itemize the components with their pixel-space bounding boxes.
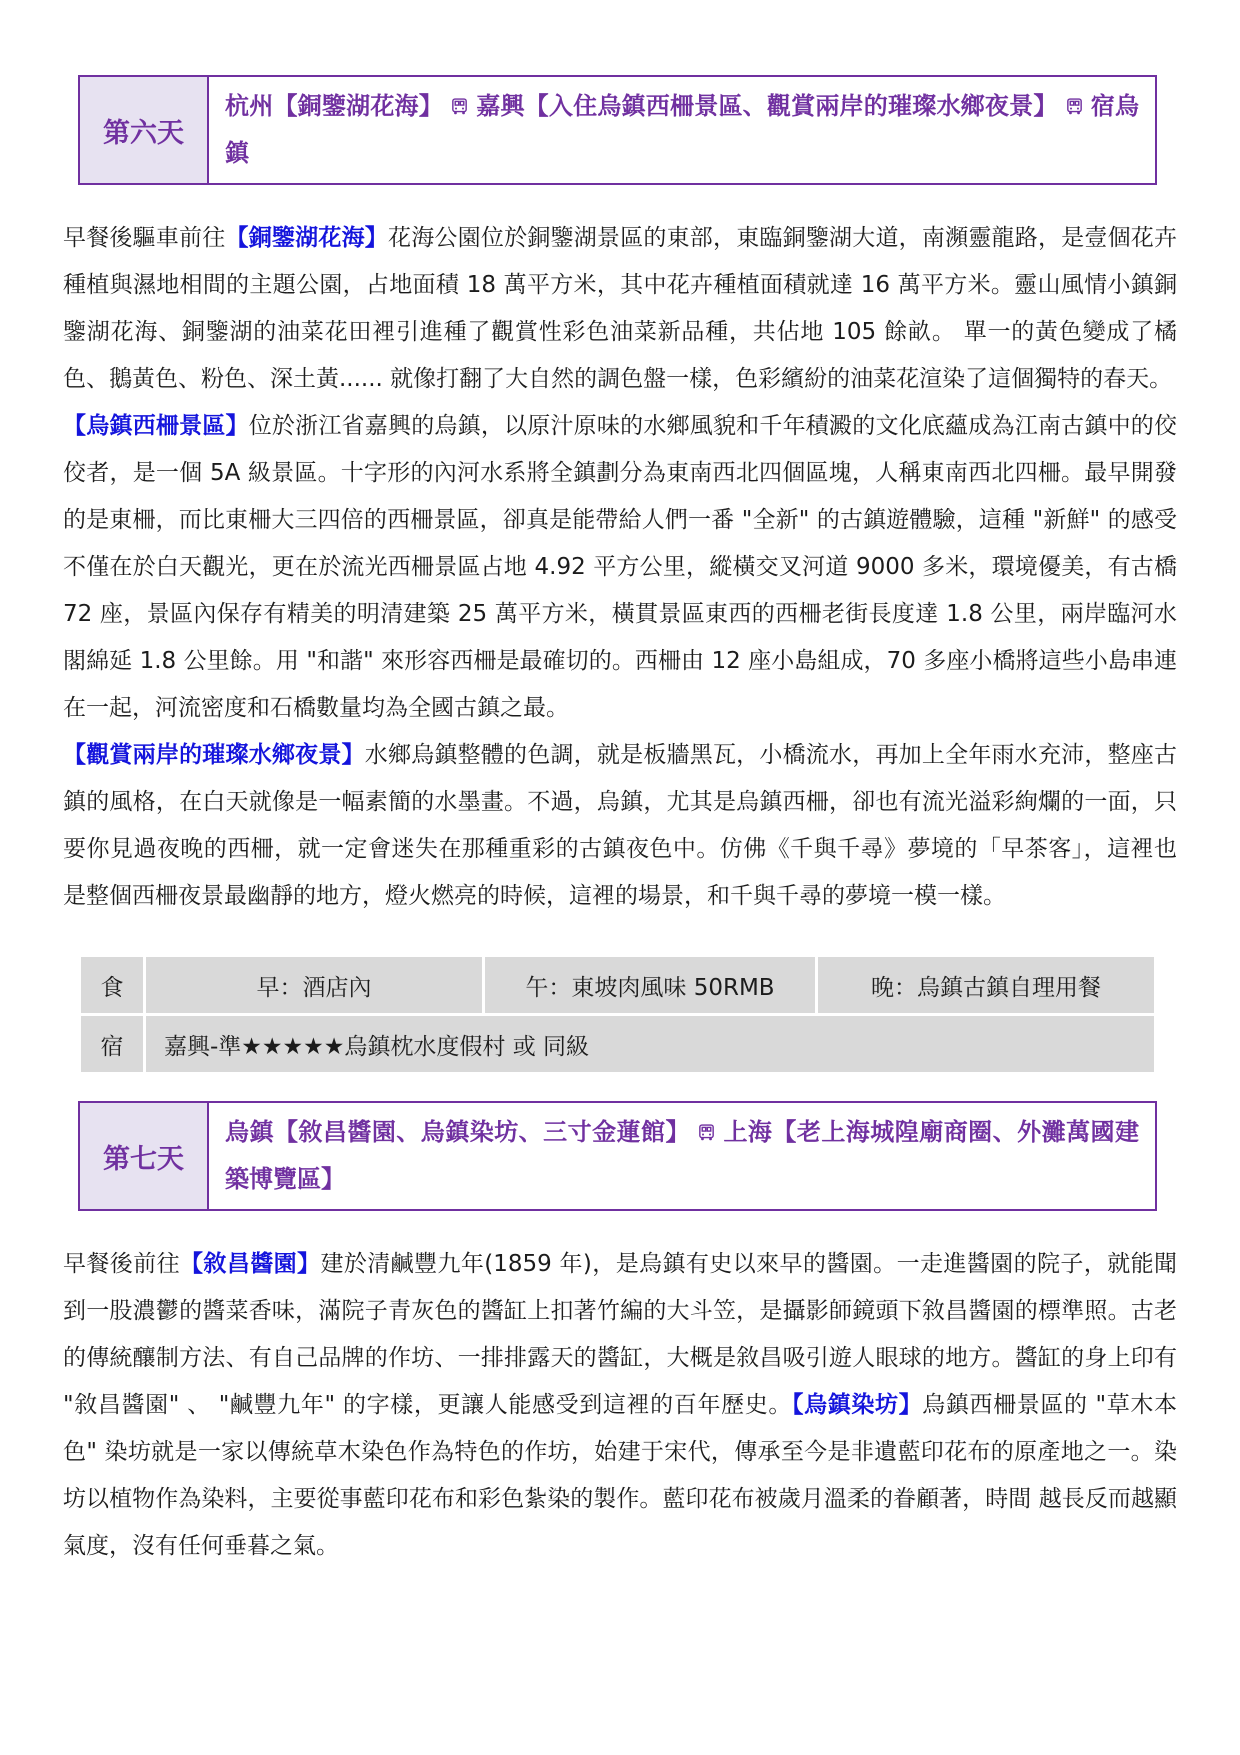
day7-title: 烏鎮【敘昌醬園、烏鎮染坊、三寸金蓮館】 上海【老上海城隍廟商圈、外灘萬國建築博覽…: [208, 1102, 1156, 1210]
text-run: 早餐後前往: [63, 1251, 180, 1277]
dinner-cell: 晚：烏鎮古鎮自理用餐: [818, 957, 1154, 1013]
bus-icon: [450, 96, 469, 117]
stay-value: 嘉興-準★★★★★烏鎮枕水度假村 或 同級: [146, 1016, 1154, 1072]
text-run: 早餐後驅車前往: [63, 225, 226, 251]
day6-label: 第六天: [79, 76, 208, 184]
day6-header-table: 第六天 杭州【銅鑒湖花海】 嘉興【入住烏鎮西柵景區、觀賞兩岸的璀璨水鄉夜景】 宿…: [78, 75, 1157, 185]
highlight-heading: 【銅鑒湖花海】: [226, 225, 389, 251]
highlight-heading: 【觀賞兩岸的璀璨水鄉夜景】: [63, 742, 365, 768]
day6-paragraph-2: 【烏鎮西柵景區】位於浙江省嘉興的烏鎮，以原汁原味的水鄉風貌和千年積澱的文化底蘊成…: [63, 403, 1177, 732]
day7-header-table: 第七天 烏鎮【敘昌醬園、烏鎮染坊、三寸金蓮館】 上海【老上海城隍廟商圈、外灘萬國…: [78, 1101, 1157, 1211]
stay-row-label: 宿: [81, 1016, 143, 1072]
bus-icon: [697, 1122, 716, 1143]
highlight-heading: 【烏鎮西柵景區】: [63, 413, 249, 439]
lunch-cell: 午：東坡肉風味 50RMB: [485, 957, 815, 1013]
text-run: 位於浙江省嘉興的烏鎮，以原汁原味的水鄉風貌和千年積澱的文化底蘊成為江南古鎮中的佼…: [63, 413, 1177, 721]
meal-row-label: 食: [81, 957, 143, 1013]
day6-paragraph-1: 早餐後驅車前往【銅鑒湖花海】花海公園位於銅鑒湖景區的東部，東臨銅鑒湖大道，南瀕靈…: [63, 215, 1177, 403]
bus-icon: [1065, 96, 1084, 117]
breakfast-cell: 早：酒店內: [146, 957, 482, 1013]
meals-row: 食 早：酒店內 午：東坡肉風味 50RMB 晚：烏鎮古鎮自理用餐: [81, 957, 1154, 1013]
day6-title: 杭州【銅鑒湖花海】 嘉興【入住烏鎮西柵景區、觀賞兩岸的璀璨水鄉夜景】 宿烏鎮: [208, 76, 1156, 184]
day6-paragraph-3: 【觀賞兩岸的璀璨水鄉夜景】水鄉烏鎮整體的色調，就是板牆黑瓦，小橋流水，再加上全年…: [63, 732, 1177, 920]
highlight-heading: 【敘昌醬園】: [180, 1251, 320, 1277]
day7-label: 第七天: [79, 1102, 208, 1210]
day7-paragraph-1: 早餐後前往【敘昌醬園】建於清鹹豐九年(1859 年)，是烏鎮有史以來早的醬園。一…: [63, 1241, 1177, 1570]
itinerary-page: 第六天 杭州【銅鑒湖花海】 嘉興【入住烏鎮西柵景區、觀賞兩岸的璀璨水鄉夜景】 宿…: [0, 0, 1240, 1755]
text-run: 烏鎮【敘昌醬園、烏鎮染坊、三寸金蓮館】: [225, 1118, 690, 1146]
highlight-heading: 【烏鎮染坊】: [792, 1392, 922, 1418]
text-run: 嘉興【入住烏鎮西柵景區、觀賞兩岸的璀璨水鄉夜景】: [476, 92, 1058, 120]
meals-table: 食 早：酒店內 午：東坡肉風味 50RMB 晚：烏鎮古鎮自理用餐 宿 嘉興-準★…: [78, 954, 1157, 1075]
text-run: 杭州【銅鑒湖花海】: [225, 92, 443, 120]
stay-row: 宿 嘉興-準★★★★★烏鎮枕水度假村 或 同級: [81, 1016, 1154, 1072]
